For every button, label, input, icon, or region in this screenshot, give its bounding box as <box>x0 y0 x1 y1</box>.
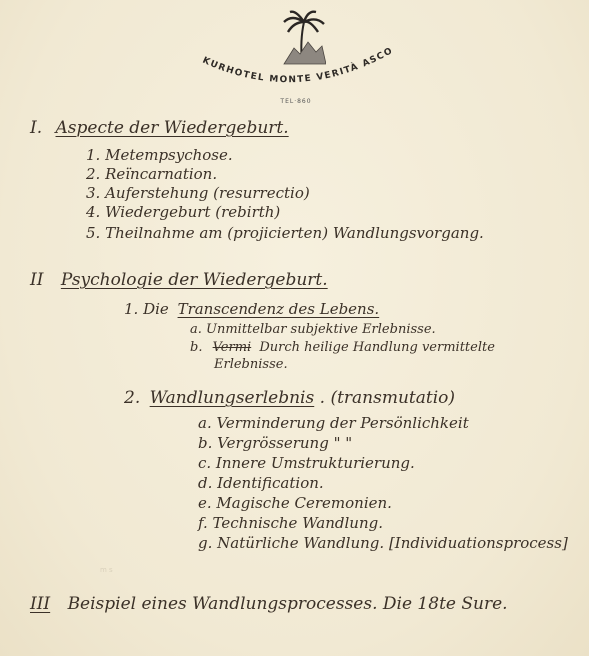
list-item: g. Natürliche Wandlung. [Individuationsp… <box>198 534 568 552</box>
section-3-title: Beispiel eines Wandlungsprocesses. Die 1… <box>68 594 508 614</box>
list-item: 1. Metempsychose. <box>86 146 233 164</box>
subsection-1-title: Transcendenz des Lebens. <box>178 300 380 318</box>
list-item: a. Verminderung der Persönlichkeit <box>198 414 469 432</box>
section-1-numeral: I. <box>30 118 42 138</box>
list-item: 2. Reïncarnation. <box>86 165 217 183</box>
struck-word: Vermi <box>213 340 252 355</box>
list-item: a. Unmittelbar subjektive Erlebnisse. <box>190 322 436 337</box>
svg-text:KURHOTEL MONTE VERITÀ ASCONA: KURHOTEL MONTE VERITÀ ASCONA <box>196 6 395 85</box>
section-2-title: Psychologie der Wiedergeburt. <box>61 270 328 290</box>
subsection-2-title: Wandlungserlebnis <box>150 388 315 408</box>
subsection-1-label: 1. Die <box>124 300 169 318</box>
section-1-title: Aspecte der Wiedergeburt. <box>56 118 289 138</box>
subsection-2-suffix: . (transmutatio) <box>320 388 455 408</box>
section-2-numeral: II <box>30 270 43 290</box>
subsection-2-heading: 2. Wandlungserlebnis . (transmutatio) <box>124 388 455 408</box>
list-item: e. Magische Ceremonien. <box>198 494 392 512</box>
list-item: 5. Theilnahme am (projicierten) Wandlung… <box>86 224 484 242</box>
section-2-heading: II Psychologie der Wiedergeburt. <box>30 270 328 290</box>
section-3-numeral: III <box>30 594 50 614</box>
list-item: d. Identification. <box>198 474 324 492</box>
margin-mark: m s <box>100 566 118 576</box>
list-item: b. Vergrösserung " " <box>198 434 352 452</box>
telephone-number: TEL·860 <box>196 98 396 105</box>
list-item-continuation: Erlebnisse. <box>214 357 288 372</box>
item-letter: b. <box>190 340 202 355</box>
list-item: f. Technische Wandlung. <box>198 514 383 532</box>
list-item: c. Innere Umstrukturierung. <box>198 454 415 472</box>
item-text: Durch heilige Handlung vermittelte <box>259 340 495 355</box>
subsection-2-label: 2. <box>124 388 140 408</box>
list-item: b. Vermi Durch heilige Handlung vermitte… <box>190 340 495 355</box>
subsection-1-heading: 1. Die Transcendenz des Lebens. <box>124 300 379 318</box>
section-1-heading: I. Aspecte der Wiedergeburt. <box>30 118 289 138</box>
letterhead: KURHOTEL MONTE VERITÀ ASCONA TEL·860 <box>196 6 396 106</box>
section-3-heading: III Beispiel eines Wandlungsprocesses. D… <box>30 594 508 614</box>
list-item: 4. Wiedergeburt (rebirth) <box>86 203 280 221</box>
list-item: 3. Auferstehung (resurrectio) <box>86 184 310 202</box>
hotel-name: KURHOTEL MONTE VERITÀ ASCONA <box>196 6 395 85</box>
